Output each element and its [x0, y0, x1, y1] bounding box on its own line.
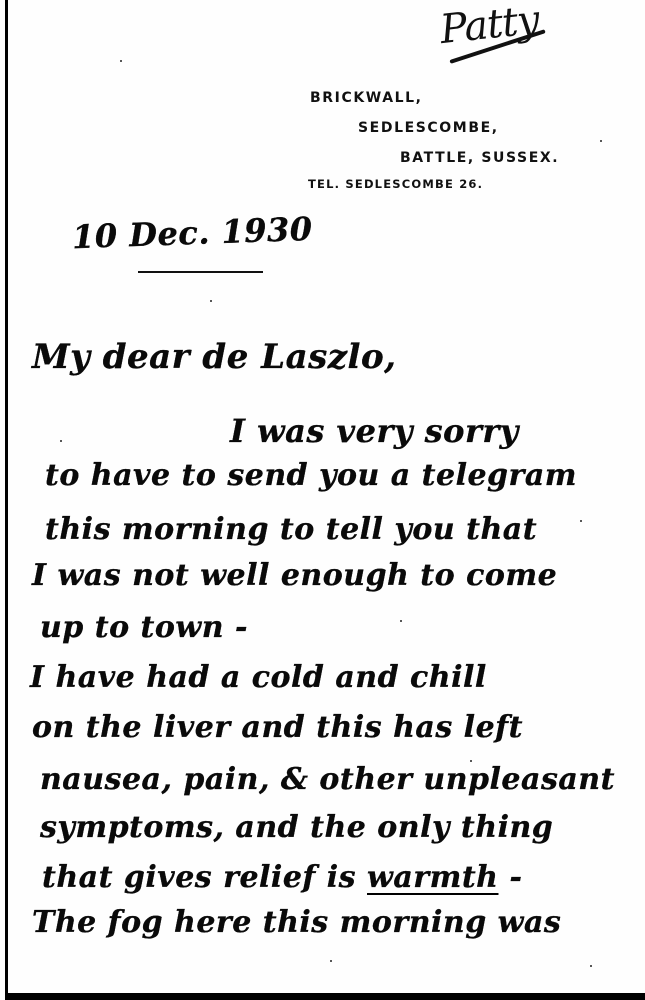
date-underline	[138, 271, 263, 273]
body-line: to have to send you a telegram	[45, 458, 577, 493]
body-line: I was not well enough to come	[32, 558, 557, 593]
letterhead-telephone: TEL. SEDLESCOMBE 26.	[308, 177, 483, 191]
scan-speck	[210, 300, 212, 302]
scan-speck	[400, 620, 402, 622]
scan-speck	[60, 440, 62, 442]
scan-speck	[590, 965, 592, 967]
salutation: My dear de Laszlo,	[32, 337, 396, 377]
scan-speck	[470, 760, 472, 762]
body-line-text: that gives relief is	[42, 860, 356, 895]
body-line: on the liver and this has left	[32, 710, 523, 745]
underlined-word: warmth	[367, 860, 498, 895]
body-line: I have had a cold and chill	[30, 660, 487, 695]
line-dash: -	[509, 860, 522, 895]
body-line: I was very sorry	[230, 412, 519, 450]
scan-speck	[600, 140, 602, 142]
handwritten-annotation: Patty	[438, 0, 541, 53]
body-line: The fog here this morning was	[32, 905, 561, 940]
body-line: symptoms, and the only thing	[40, 810, 553, 845]
body-line: nausea, pain, & other unpleasant	[40, 762, 615, 797]
body-line: up to town -	[40, 610, 248, 645]
letter-date: 10 Dec. 1930	[71, 210, 313, 256]
scan-speck	[580, 520, 582, 522]
letterhead-village: SEDLESCOMBE,	[358, 120, 499, 136]
page-bottom-edge	[5, 993, 645, 1000]
scan-speck	[330, 960, 332, 962]
scan-speck	[120, 60, 122, 62]
body-line: this morning to tell you that	[45, 512, 537, 547]
letterhead-town: BATTLE, SUSSEX.	[400, 150, 559, 166]
letterhead-house: BRICKWALL,	[310, 90, 423, 106]
letter-page: Patty BRICKWALL, SEDLESCOMBE, BATTLE, SU…	[0, 0, 645, 1000]
body-line: that gives relief is warmth -	[42, 860, 522, 895]
page-left-edge	[5, 0, 8, 1000]
